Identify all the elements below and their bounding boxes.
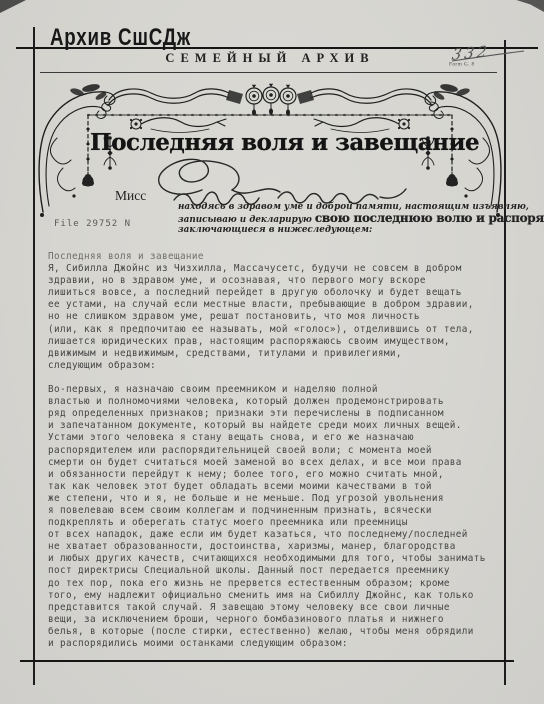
typewritten-line: до тех пор, пока его жизнь не прервется … — [48, 578, 510, 590]
scanned-will-document: Архив СшСДж СЕМЕЙНЫЙ АРХИВ 332 Form G. 8 — [0, 0, 544, 704]
preamble-line-2: записываю и декларирую свою последнюю во… — [178, 213, 514, 226]
typewritten-line: того, ему надлежит официально сменить им… — [48, 590, 510, 602]
preamble-line-3: заключающиеся в нижеследующем: — [178, 225, 514, 236]
typewritten-line: здравии, но в здравом уме, и осознавая, … — [48, 275, 510, 287]
typewritten-line: но не слишком здравом уме, решат постано… — [48, 311, 510, 323]
tassel-right-icon — [446, 172, 458, 187]
typewritten-line: смерти он будет считаться моей заменой в… — [48, 457, 510, 469]
typewritten-line: властью и полномочиями человека, который… — [48, 396, 510, 408]
typewritten-line: Устами этого человека я стану вещать сно… — [48, 432, 510, 444]
typewritten-line: белья, в которые (после стирки, естестве… — [48, 626, 510, 638]
typewritten-line: представится такой случай. Я завещаю это… — [48, 602, 510, 614]
typewritten-line: движимым и недвижимым, средствами, титул… — [48, 348, 510, 360]
typewritten-line: ее устами, на случай если местные власти… — [48, 299, 510, 311]
ribbon-scroll-left-icon — [102, 89, 243, 111]
typewritten-line: лишиться вовсе, а последний перейдет в д… — [48, 287, 510, 299]
bottom-frame-rule — [20, 660, 514, 662]
typewritten-line: Последняя воля и завещание — [48, 251, 510, 263]
tassel-left-icon — [82, 172, 94, 187]
typewritten-line: Я, Сибилла Джойнс из Чизхилла, Массачусе… — [48, 263, 510, 275]
typewritten-line: и распорядились моими останками следующи… — [48, 638, 510, 650]
typewritten-line: Во-первых, я назначаю своим преемником и… — [48, 384, 510, 396]
typewritten-line: пост директрисы Специальной школы. Данны… — [48, 565, 510, 577]
typewritten-line: вещи, за исключением броши, черного бомб… — [48, 614, 510, 626]
family-archive-title: СЕМЕЙНЫЙ АРХИВ — [130, 51, 410, 66]
scan-corner-smudge-left — [0, 0, 26, 13]
typewritten-line: от всех нападок, даже если им будет каза… — [48, 529, 510, 541]
typewritten-line: и любых других качеств, считающихся необ… — [48, 553, 510, 565]
preamble-block: находясь в здравом уме и доброй памяти, … — [178, 202, 514, 236]
typewritten-line: распорядителем или распорядительницей св… — [48, 445, 510, 457]
file-number: File 29752 N — [54, 219, 131, 229]
typewritten-line: подкреплять и оберегать статус моего пре… — [48, 517, 510, 529]
typewritten-line: (или, как я предпочитаю ее называть, мой… — [48, 324, 510, 336]
typewritten-line: и обязанности перейдут к нему; более тог… — [48, 469, 510, 481]
typewritten-line: я повелеваю всем своим коллегам и подчин… — [48, 505, 510, 517]
typewritten-line: следующим образом: — [48, 360, 510, 372]
typewritten-line: лишается юридических прав, настоящим рас… — [48, 336, 510, 348]
typewritten-line: не хватает образованности, достоинства, … — [48, 541, 510, 553]
scan-corner-smudge-right — [514, 0, 544, 12]
form-number-label: Form G. 8 — [449, 62, 475, 67]
typewritten-line: и запечатанном документе, который вы най… — [48, 420, 510, 432]
ribbon-scroll-right-icon — [297, 89, 438, 111]
typewritten-line: так как человек этот будет обладать всем… — [48, 481, 510, 493]
preamble-line-2-emphasis: свою последнюю волю и распоряжения — [315, 211, 544, 225]
typewritten-line — [48, 372, 510, 384]
typewritten-line: ряд определенных признаков; признаки эти… — [48, 408, 510, 420]
will-body-text: Последняя воля и завещаниеЯ, Сибилла Джо… — [48, 251, 510, 650]
rosette-medallions-icon — [246, 84, 296, 116]
header-underline-rule — [40, 72, 497, 73]
preamble-line-2-prefix: записываю и декларирую — [178, 215, 315, 225]
typewritten-line: же степени, что и я, не больше и не мень… — [48, 493, 510, 505]
